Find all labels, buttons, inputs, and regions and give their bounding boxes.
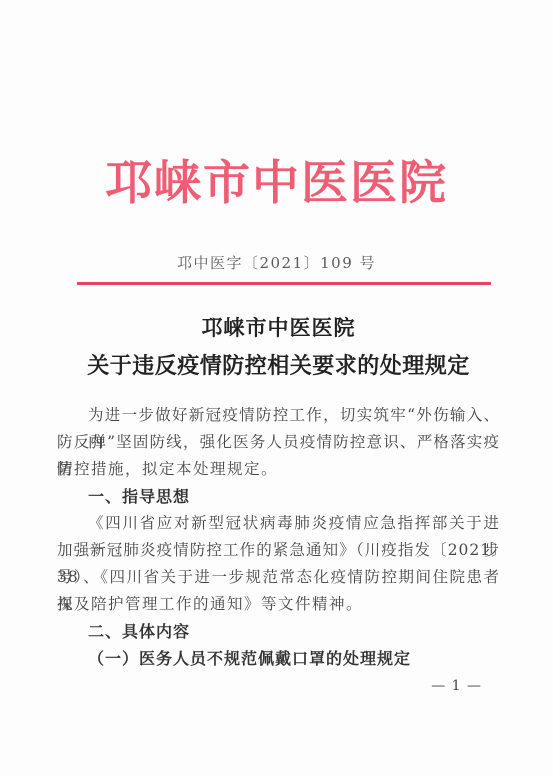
body-line: 防控措施，拟定本处理规定。 [57,456,500,483]
document-title-line2: 关于违反疫情防控相关要求的处理规定 [57,349,500,380]
section-heading-2: 二、具体内容 [57,618,500,645]
document-header-org-name: 邛崃市中医医院 [0,146,553,213]
body-line: 《四川省应对新型冠状病毒肺炎疫情应急指挥部关于进一步 [57,510,500,537]
document-title: 邛崃市中医医院 关于违反疫情防控相关要求的处理规定 [57,312,500,380]
body-line: 视及陪护管理工作的通知》等文件精神。 [57,591,500,618]
body-line: 防反弹”坚固防线，强化医务人员疫情防控意识、严格落实疫情 [57,429,500,456]
document-title-line1: 邛崃市中医医院 [57,312,500,342]
section-heading-1: 一、指导思想 [57,483,500,510]
body-line: 加强新冠肺炎疫情防控工作的紧急通知》（川疫指发〔2021〕38 [57,537,500,564]
body-line: 为进一步做好新冠疫情防控工作，切实筑牢“外伤输入、内 [57,402,500,429]
page-number: — 1 — [431,678,482,694]
red-divider-line [77,282,491,285]
document-page: 邛崃市中医医院 邛中医字〔2021〕109 号 邛崃市中医医院 关于违反疫情防控… [0,0,553,777]
document-number: 邛中医字〔2021〕109 号 [0,252,553,273]
body-line: 号）、《四川省关于进一步规范常态化疫情防控期间住院患者探 [57,564,500,591]
subsection-heading-1: （一）医务人员不规范佩戴口罩的处理规定 [57,645,500,672]
document-body: 为进一步做好新冠疫情防控工作，切实筑牢“外伤输入、内 防反弹”坚固防线，强化医务… [57,402,500,672]
